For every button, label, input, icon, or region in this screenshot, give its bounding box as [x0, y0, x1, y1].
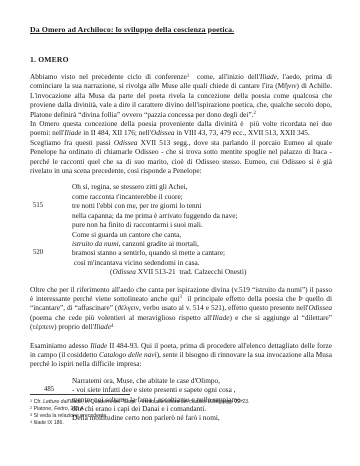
paragraph-commento: Oltre che per il riferimento all'aedo ch… [30, 285, 332, 332]
verse-line: nella capanna; da me prima è arrivato fu… [30, 211, 332, 220]
verse-line-text: istruito da numi, canzoni gradite ai mor… [72, 239, 199, 248]
verse-line: istruito da numi, canzoni gradite ai mor… [30, 239, 332, 248]
verse-line: come racconta t'incanterebbe il cuore; [30, 192, 332, 201]
verse-line-number [30, 211, 72, 220]
footnote-number: 4 [30, 420, 32, 424]
paragraph-spacer [30, 332, 332, 341]
footnote-text: Cfr. Letture dall'Iliade, in Quaderni de… [34, 399, 250, 405]
verse-line-text: bramosi stanno a sentirlo, quando si met… [72, 248, 225, 257]
verse-line: così m'incantava vicino sedendomi in cas… [30, 258, 332, 267]
footnote-2: 2 Platone, Fedro, 265 A [30, 406, 332, 413]
paragraph-eumeo: Scegliamo fra questi passi Odissea XVII … [30, 138, 332, 176]
footnote-number: 1 [30, 399, 32, 403]
footnote-number: 3 [30, 413, 32, 417]
verse-line: 520 bramosi stanno a sentirlo, quando si… [30, 248, 332, 257]
verse-citation-odissea: (Odissea XVII 513-21 trad. Calzecchi One… [110, 267, 332, 276]
paragraph-omero-references: In Omero questa concezione della poesia … [30, 119, 332, 138]
verse-line-text: tre notti l'ebbi con me, per tre giorni … [72, 201, 201, 210]
paragraph-iliade-catalogo: Esaminiamo adesso Iliade II 484-93. Qui … [30, 341, 332, 369]
footnote-text: Iliade IX 186. [34, 420, 64, 426]
footnote-1: 1 Cfr. Letture dall'Iliade, in Quaderni … [30, 399, 332, 406]
verse-line-number: 520 [30, 248, 72, 257]
footnote-text: Si veda la relazione precedente [34, 413, 107, 419]
verse-line: Narratemi ora, Muse, che abitate le case… [30, 376, 332, 385]
footnote-text: Platone, Fedro, 265 A [34, 406, 84, 412]
verse-line: pure non ha finito di raccontarmi i suoi… [30, 220, 332, 229]
verse-line: 515 tre notti l'ebbi con me, per tre gio… [30, 201, 332, 210]
verse-quote-odissea: Oh sì, regina, se stessero zitti gli Ach… [30, 182, 332, 276]
document-page: Da Omero ad Archiloco: lo sviluppo della… [0, 0, 360, 466]
verse-line-number [30, 230, 72, 239]
section-heading-omero: 1. OMERO [30, 55, 332, 64]
verse-line-text: pure non ha finito di raccontarmi i suoi… [72, 220, 203, 229]
footnotes-section: 1 Cfr. Letture dall'Iliade, in Quaderni … [30, 394, 332, 427]
verse-line-text: come racconta t'incanterebbe il cuore; [72, 192, 183, 201]
verse-line: Oh sì, regina, se stessero zitti gli Ach… [30, 182, 332, 191]
document-title: Da Omero ad Archiloco: lo sviluppo della… [30, 25, 332, 34]
verse-line-number [30, 376, 72, 385]
verse-line-number [30, 182, 72, 191]
verse-line-number [30, 192, 72, 201]
verse-line-text: Narratemi ora, Muse, che abitate le case… [72, 376, 220, 385]
verse-line-text: nella capanna; da me prima è arrivato fu… [72, 211, 238, 220]
verse-line-number: 515 [30, 201, 72, 210]
verse-line-number [30, 258, 72, 267]
verse-line-text: Oh sì, regina, se stessero zitti gli Ach… [72, 182, 188, 191]
footnote-4: 4 Iliade IX 186. [30, 420, 332, 427]
footnote-number: 2 [30, 406, 32, 410]
paragraph-intro: Abbiamo visto nel precedente ciclo di co… [30, 72, 332, 119]
footnote-divider [30, 394, 130, 395]
verse-line-text: Come si guarda un cantore che canta, [72, 230, 181, 239]
verse-line-number [30, 239, 72, 248]
verse-line-number [30, 220, 72, 229]
verse-line: Come si guarda un cantore che canta, [30, 230, 332, 239]
footnote-3: 3 Si veda la relazione precedente [30, 413, 332, 420]
verse-line-text: così m'incantava vicino sedendomi in cas… [72, 258, 200, 267]
